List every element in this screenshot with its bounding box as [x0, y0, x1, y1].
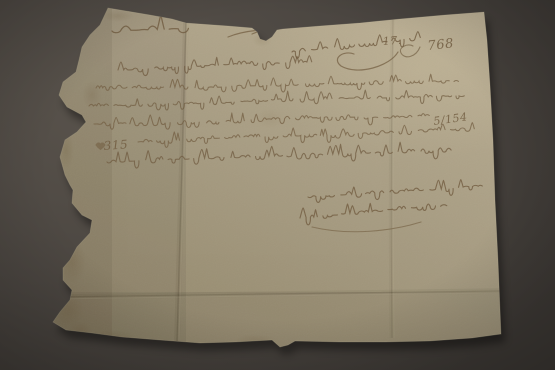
- manuscript-photo: 17.7685/154315: [0, 0, 555, 370]
- vignette: [0, 0, 555, 370]
- photo-canvas: 17.7685/154315: [0, 0, 555, 370]
